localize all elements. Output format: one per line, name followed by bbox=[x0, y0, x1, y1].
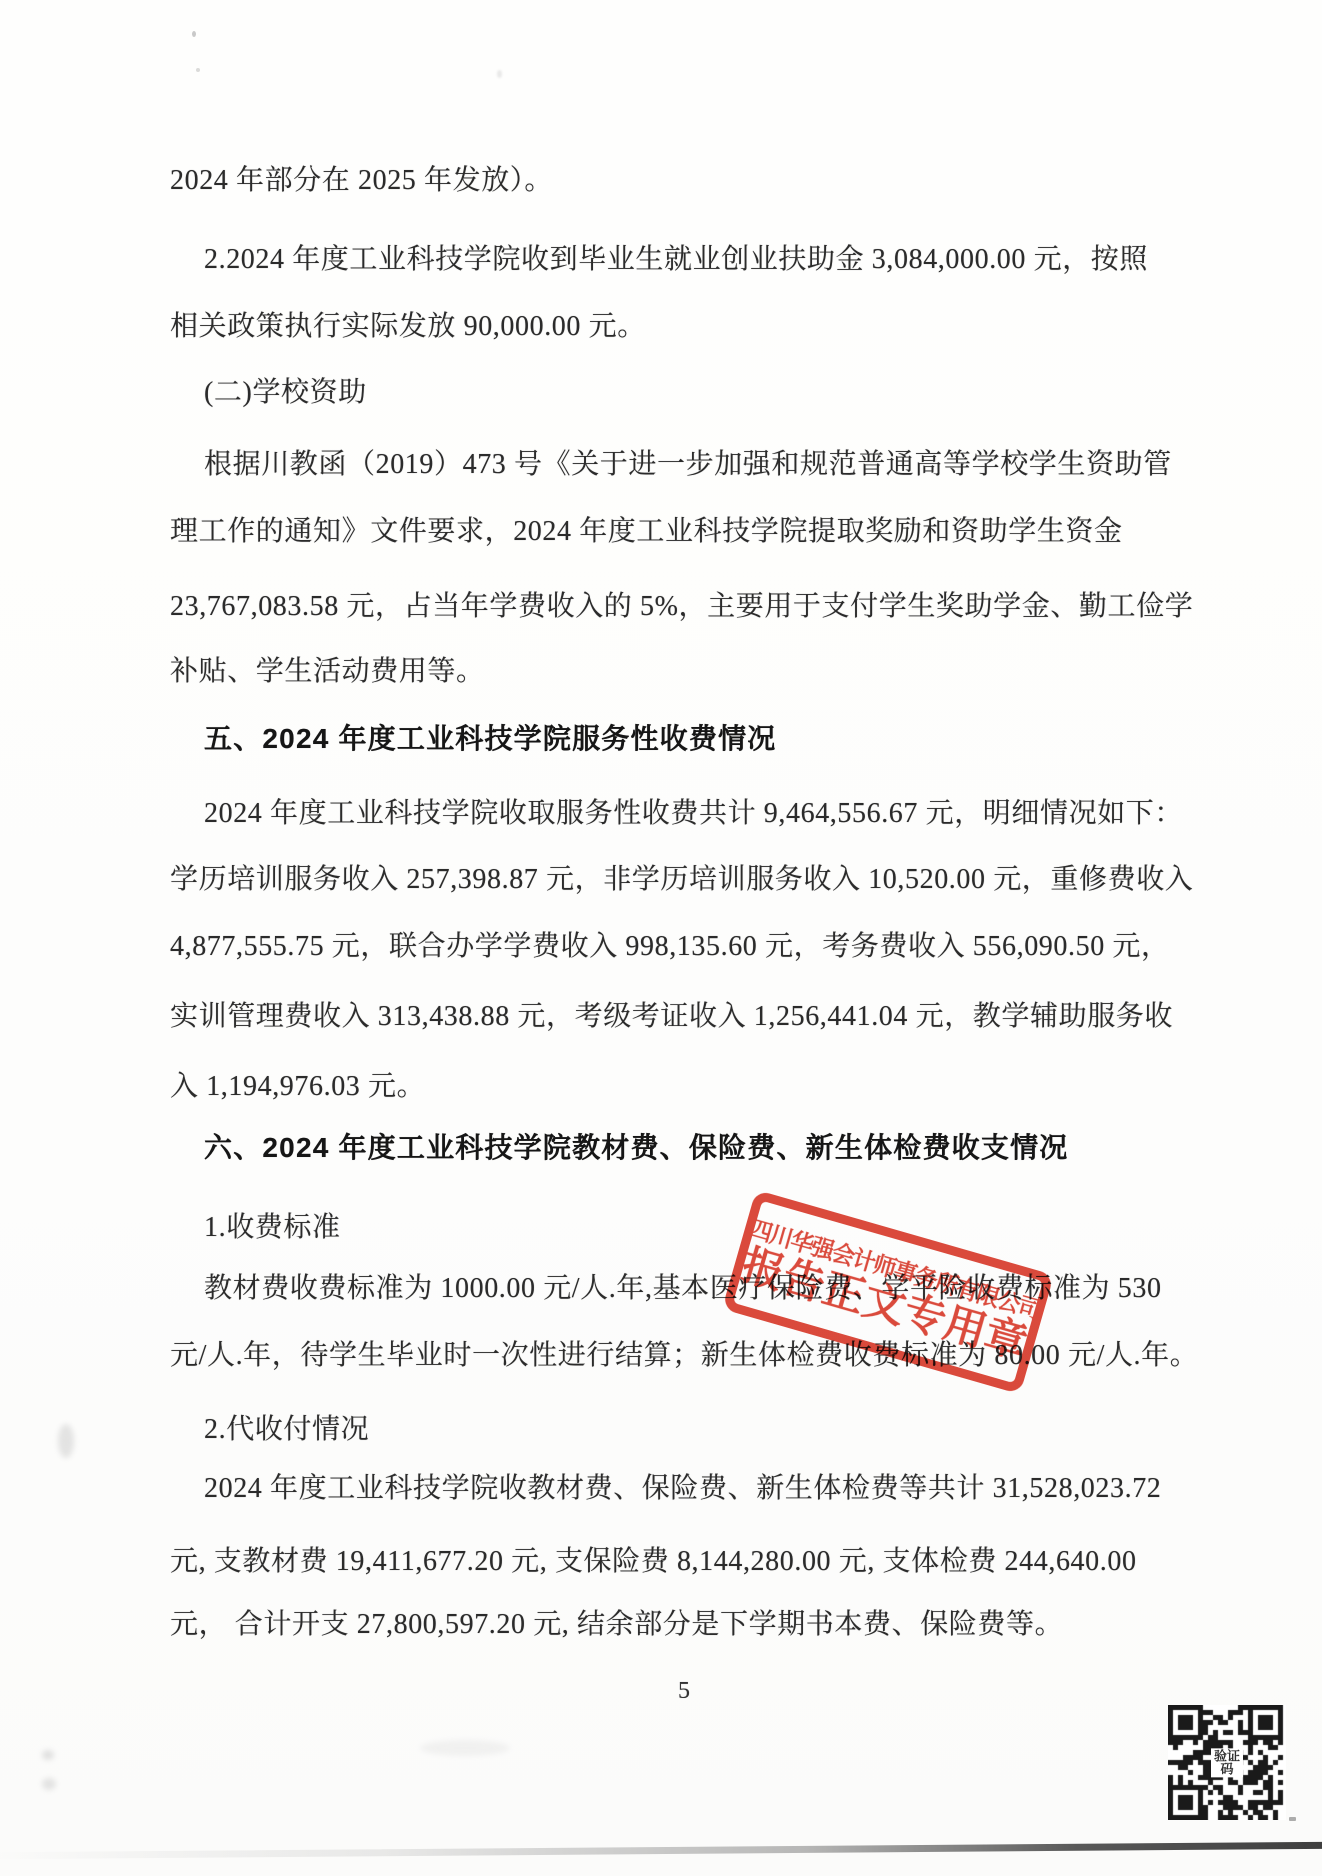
paragraph-line: 学历培训服务收入 257,398.87 元，非学历培训服务收入 10,520.0… bbox=[170, 857, 1193, 897]
section-heading-6: 六、2024 年度工业科技学院教材费、保险费、新生体检费收支情况 bbox=[170, 1126, 1068, 1166]
scan-bottom-edge-artifact bbox=[0, 1842, 1322, 1860]
paragraph-line: 相关政策执行实际发放 90,000.00 元。 bbox=[170, 304, 646, 344]
qr-label-top: 验证 bbox=[1214, 1749, 1240, 1763]
scan-speck bbox=[196, 68, 200, 72]
paragraph-line: 理工作的通知》文件要求，2024 年度工业科技学院提取奖励和资助学生资金 bbox=[170, 509, 1123, 549]
paragraph-line: 补贴、学生活动费用等。 bbox=[170, 649, 485, 689]
paragraph-line: 23,767,083.58 元，占当年学费收入的 5%，主要用于支付学生奖助学金… bbox=[170, 584, 1193, 624]
paragraph-line: 根据川教函（2019）473 号《关于进一步加强和规范普通高等学校学生资助管 bbox=[170, 442, 1172, 482]
qr-code: 验证 码 bbox=[1168, 1705, 1286, 1820]
paragraph-line: 2.2024 年度工业科技学院收到毕业生就业创业扶助金 3,084,000.00… bbox=[170, 237, 1148, 277]
scan-speck bbox=[192, 31, 196, 37]
section-heading-5: 五、2024 年度工业科技学院服务性收费情况 bbox=[170, 717, 776, 757]
scan-smudge bbox=[42, 1750, 54, 1760]
scan-speck bbox=[1289, 1817, 1296, 1821]
scan-speck bbox=[497, 70, 502, 78]
scan-smudge bbox=[58, 1424, 74, 1458]
paragraph-line: 2024 年度工业科技学院收教材费、保险费、新生体检费等共计 31,528,02… bbox=[170, 1466, 1161, 1506]
list-item-title: 1.收费标准 bbox=[170, 1205, 341, 1245]
list-item-title: 2.代收付情况 bbox=[170, 1407, 369, 1447]
scanned-document-page: 2024 年部分在 2025 年发放）。 2.2024 年度工业科技学院收到毕业… bbox=[0, 0, 1322, 1876]
paragraph-line: 2024 年度工业科技学院收取服务性收费共计 9,464,556.67 元，明细… bbox=[170, 791, 1183, 831]
scan-smudge bbox=[420, 1740, 510, 1756]
paragraph-line: 元, 支教材费 19,411,677.20 元, 支保险费 8,144,280.… bbox=[170, 1539, 1137, 1579]
qr-code-label: 验证 码 bbox=[1211, 1748, 1243, 1777]
paragraph-line: 4,877,555.75 元，联合办学学费收入 998,135.60 元，考务费… bbox=[170, 924, 1170, 964]
subsection-title: (二)学校资助 bbox=[170, 370, 367, 410]
paragraph-line: 入 1,194,976.03 元。 bbox=[170, 1064, 425, 1104]
paragraph-line: 实训管理费收入 313,438.88 元，考级考证收入 1,256,441.04… bbox=[170, 994, 1173, 1034]
paragraph-line: 元， 合计开支 27,800,597.20 元, 结余部分是下学期书本费、保险费… bbox=[170, 1602, 1063, 1642]
page-number: 5 bbox=[678, 1678, 690, 1705]
paragraph-line: 元/人.年，待学生毕业时一次性进行结算；新生体检费收费标准为 80.00 元/人… bbox=[170, 1333, 1198, 1373]
qr-label-bottom: 码 bbox=[1214, 1763, 1240, 1777]
scan-smudge bbox=[42, 1778, 56, 1790]
paragraph-line: 2024 年部分在 2025 年发放）。 bbox=[170, 158, 553, 198]
